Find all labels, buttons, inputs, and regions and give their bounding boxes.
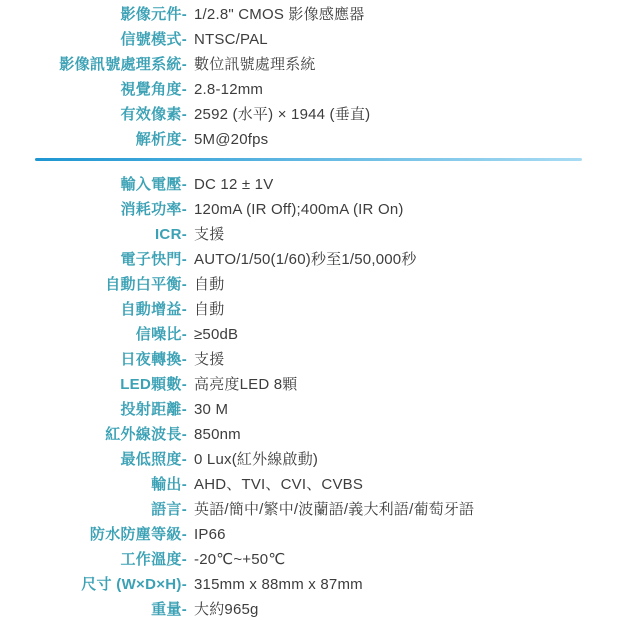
spec-label: 最低照度- (0, 447, 187, 472)
spec-value: 自動 (187, 297, 224, 322)
spec-value: 2592 (水平) × 1944 (垂直) (187, 102, 370, 127)
spec-row: 電子快門- AUTO/1/50(1/60)秒至1/50,000秒 (0, 247, 620, 272)
spec-row: 日夜轉換- 支援 (0, 347, 620, 372)
spec-row: 信號模式- NTSC/PAL (0, 27, 620, 52)
spec-row: 投射距離- 30 M (0, 397, 620, 422)
spec-row: 信噪比- ≥50dB (0, 322, 620, 347)
spec-row: 自動白平衡- 自動 (0, 272, 620, 297)
spec-row: 影像訊號處理系統- 數位訊號處理系統 (0, 52, 620, 77)
spec-label: 視覺角度- (0, 77, 187, 102)
spec-row: 重量- 大約965g (0, 597, 620, 620)
spec-value: -20℃~+50℃ (187, 547, 285, 572)
spec-row: 語言- 英語/簡中/繁中/波蘭語/義大利語/葡萄牙語 (0, 497, 620, 522)
spec-row: ICR- 支援 (0, 222, 620, 247)
spec-label: 解析度- (0, 127, 187, 152)
spec-value: 30 M (187, 397, 228, 422)
spec-value: 數位訊號處理系統 (187, 52, 316, 77)
spec-label: 日夜轉換- (0, 347, 187, 372)
spec-label: 語言- (0, 497, 187, 522)
spec-value: 高亮度LED 8顆 (187, 372, 298, 397)
spec-row: LED顆數- 高亮度LED 8顆 (0, 372, 620, 397)
spec-value: 1/2.8" CMOS 影像感應器 (187, 2, 364, 27)
spec-row: 尺寸 (W×D×H)- 315mm x 88mm x 87mm (0, 572, 620, 597)
spec-label: 防水防塵等級- (0, 522, 187, 547)
spec-label: 輸出- (0, 472, 187, 497)
spec-label: 投射距離- (0, 397, 187, 422)
spec-label: 自動白平衡- (0, 272, 187, 297)
spec-label: 紅外線波長- (0, 422, 187, 447)
spec-label: 有效像素- (0, 102, 187, 127)
spec-label: 尺寸 (W×D×H)- (0, 572, 187, 597)
spec-label: LED顆數- (0, 372, 187, 397)
spec-value: 5M@20fps (187, 127, 268, 152)
spec-row: 輸入電壓- DC 12 ± 1V (0, 172, 620, 197)
spec-value: 大約965g (187, 597, 259, 620)
spec-value: 315mm x 88mm x 87mm (187, 572, 363, 597)
spec-value: NTSC/PAL (187, 27, 268, 52)
spec-label: 影像元件- (0, 2, 187, 27)
spec-label: 信噪比- (0, 322, 187, 347)
spec-value: AUTO/1/50(1/60)秒至1/50,000秒 (187, 247, 417, 272)
spec-label: 電子快門- (0, 247, 187, 272)
spec-value: 自動 (187, 272, 224, 297)
spec-row: 消耗功率- 120mA (IR Off);400mA (IR On) (0, 197, 620, 222)
spec-value: ≥50dB (187, 322, 238, 347)
spec-value: 英語/簡中/繁中/波蘭語/義大利語/葡萄牙語 (187, 497, 474, 522)
spec-label: 自動增益- (0, 297, 187, 322)
spec-value: AHD、TVI、CVI、CVBS (187, 472, 363, 497)
spec-value: 120mA (IR Off);400mA (IR On) (187, 197, 404, 222)
spec-row: 紅外線波長- 850nm (0, 422, 620, 447)
spec-label: 信號模式- (0, 27, 187, 52)
spec-row: 解析度- 5M@20fps (0, 127, 620, 152)
spec-label: 影像訊號處理系統- (0, 52, 187, 77)
section-divider (35, 158, 582, 161)
product-spec-sheet: 影像元件- 1/2.8" CMOS 影像感應器 信號模式- NTSC/PAL 影… (0, 0, 620, 620)
spec-value: DC 12 ± 1V (187, 172, 273, 197)
spec-row: 工作溫度- -20℃~+50℃ (0, 547, 620, 572)
spec-value: 2.8-12mm (187, 77, 263, 102)
spec-label: ICR- (0, 222, 187, 247)
spec-value: IP66 (187, 522, 226, 547)
spec-value: 850nm (187, 422, 241, 447)
spec-row: 自動增益- 自動 (0, 297, 620, 322)
spec-row: 防水防塵等級- IP66 (0, 522, 620, 547)
spec-label: 工作溫度- (0, 547, 187, 572)
spec-row: 最低照度- 0 Lux(紅外線啟動) (0, 447, 620, 472)
spec-row: 有效像素- 2592 (水平) × 1944 (垂直) (0, 102, 620, 127)
spec-value: 支援 (187, 347, 224, 372)
spec-label: 輸入電壓- (0, 172, 187, 197)
spec-label: 重量- (0, 597, 187, 620)
spec-section-electrical: 輸入電壓- DC 12 ± 1V 消耗功率- 120mA (IR Off);40… (0, 172, 620, 620)
spec-label: 消耗功率- (0, 197, 187, 222)
spec-row: 輸出- AHD、TVI、CVI、CVBS (0, 472, 620, 497)
spec-row: 視覺角度- 2.8-12mm (0, 77, 620, 102)
spec-value: 支援 (187, 222, 224, 247)
spec-row: 影像元件- 1/2.8" CMOS 影像感應器 (0, 2, 620, 27)
spec-value: 0 Lux(紅外線啟動) (187, 447, 318, 472)
spec-section-image: 影像元件- 1/2.8" CMOS 影像感應器 信號模式- NTSC/PAL 影… (0, 2, 620, 152)
